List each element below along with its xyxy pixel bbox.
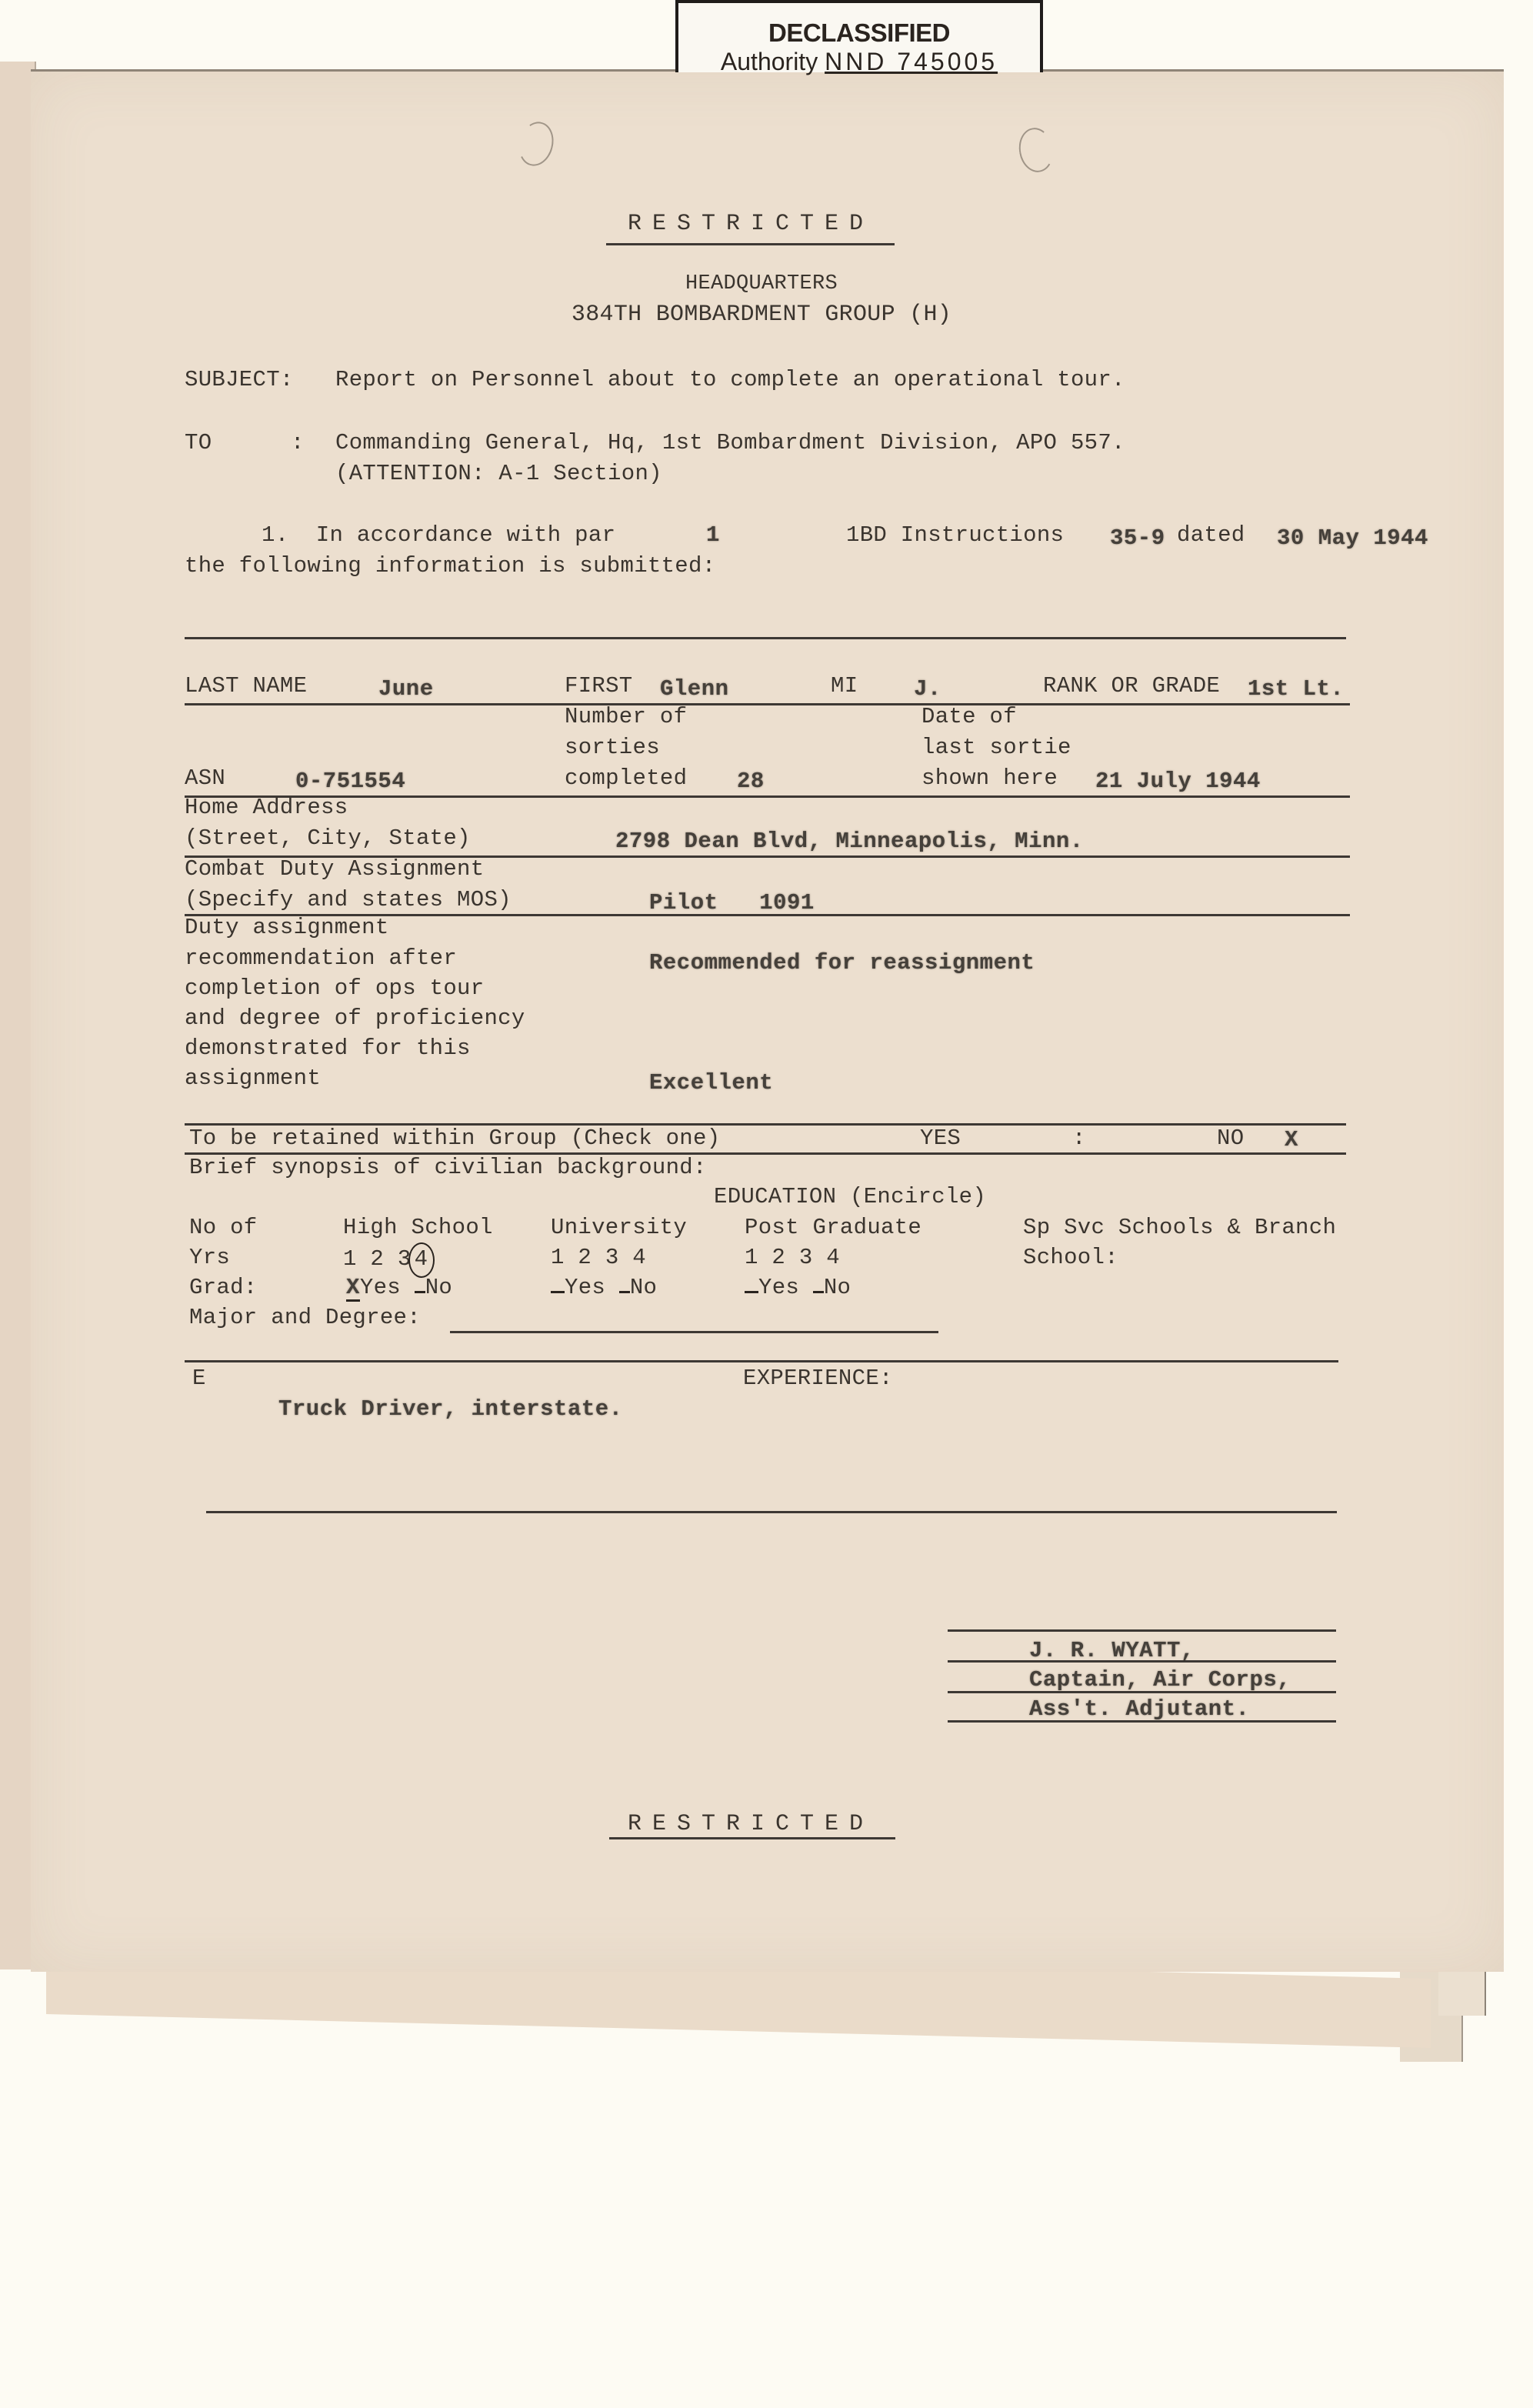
para1-line2: the following information is submitted:	[185, 551, 715, 581]
grad-yes-label: Yes	[565, 1275, 605, 1300]
form-rule	[185, 795, 1350, 798]
sp-svc-label-1: Sp Svc Schools & Branch	[1023, 1212, 1336, 1242]
sorties-label-2: sorties	[565, 732, 660, 762]
retained-label: To be retained within Group (Check one)	[189, 1123, 720, 1153]
synopsis-label: Brief synopsis of civilian background:	[189, 1152, 707, 1182]
university-grad: Yes No	[551, 1272, 657, 1302]
rank-label: RANK OR GRADE	[1043, 671, 1220, 701]
year-option: 1	[745, 1245, 758, 1270]
year-option: 2	[771, 1245, 785, 1270]
classification-bottom: RESTRICTED	[597, 1809, 905, 1839]
subject-text: Report on Personnel about to complete an…	[335, 365, 1125, 395]
stamp-authority: Authority NND 745005	[678, 48, 1040, 76]
form-rule	[206, 1511, 1337, 1513]
para1-instruction-number: 35-9	[1110, 523, 1165, 553]
grad-no-blank	[619, 1291, 630, 1293]
home-address-value: 2798 Dean Blvd, Minneapolis, Minn.	[615, 826, 1084, 856]
grad-no-blank	[813, 1291, 824, 1293]
education-label: EDUCATION (Encircle)	[714, 1182, 986, 1212]
duty-label-line: Duty assignment	[185, 912, 389, 942]
university-title: University	[551, 1212, 687, 1242]
grad-no-label: No	[630, 1275, 657, 1300]
retained-no-label: NO	[1217, 1123, 1244, 1153]
combat-duty-label-1: Combat Duty Assignment	[185, 854, 484, 884]
sp-svc-label-2: School:	[1023, 1242, 1118, 1272]
stamp-authority-label: Authority	[721, 48, 818, 75]
year-option: 3	[799, 1245, 813, 1270]
year-option: 1	[551, 1245, 565, 1270]
first-name-label: FIRST	[565, 671, 633, 701]
grad-yes-mark: X	[346, 1276, 360, 1302]
e-marker: E	[192, 1363, 206, 1393]
first-name-value: Glenn	[660, 674, 729, 704]
sorties-value: 28	[737, 766, 765, 796]
edu-row-label-2: Yrs	[189, 1242, 230, 1272]
last-sortie-value: 21 July 1944	[1095, 766, 1261, 796]
asn-label: ASN	[185, 763, 225, 793]
experience-value: Truck Driver, interstate.	[278, 1394, 623, 1424]
high-school-grad: XYes No	[346, 1272, 452, 1302]
duty-label-line: and degree of proficiency	[185, 1003, 525, 1033]
to-line2: (ATTENTION: A-1 Section)	[335, 459, 662, 489]
rank-value: 1st Lt.	[1248, 674, 1344, 704]
classification-top: RESTRICTED	[597, 209, 905, 239]
form-top-rule	[185, 637, 1346, 639]
para1-prefix: 1. In accordance with par	[262, 520, 615, 550]
mi-value: J.	[914, 674, 941, 704]
grad-no-blank	[415, 1291, 425, 1293]
post-graduate-title: Post Graduate	[745, 1212, 921, 1242]
signature-rule	[948, 1629, 1336, 1632]
last-sortie-label-3: shown here	[921, 763, 1058, 793]
stamp-authority-number: NND 745005	[825, 48, 998, 75]
retained-yes-label: YES	[920, 1123, 961, 1153]
subject-label: SUBJECT:	[185, 365, 294, 395]
signature-rule	[948, 1691, 1336, 1693]
home-address-label-2: (Street, City, State)	[185, 823, 471, 853]
form-rule	[185, 1360, 1338, 1362]
post-graduate-grad: Yes No	[745, 1272, 851, 1302]
last-name-label: LAST NAME	[185, 671, 307, 701]
duty-label-line: assignment	[185, 1063, 321, 1093]
proficiency-value: Excellent	[649, 1068, 773, 1098]
year-option: 1	[343, 1246, 357, 1272]
org-line2: 384TH BOMBARDMENT GROUP (H)	[492, 300, 1031, 330]
grad-no-label: No	[824, 1275, 851, 1300]
duty-label-line: recommendation after	[185, 943, 457, 973]
classification-underline	[609, 1837, 895, 1839]
university-years: 1 2 3 4	[551, 1242, 646, 1272]
year-option: 2	[370, 1246, 384, 1272]
duty-label-line: completion of ops tour	[185, 973, 484, 1003]
home-address-label-1: Home Address	[185, 792, 348, 822]
para1-instructions: 1BD Instructions	[846, 520, 1064, 550]
to-line1: Commanding General, Hq, 1st Bombardment …	[335, 428, 1125, 458]
para1-dated-label: dated	[1177, 520, 1245, 550]
combat-duty-label-2: (Specify and states MOS)	[185, 885, 512, 915]
retained-no-mark: X	[1285, 1125, 1298, 1155]
year-option: 4	[632, 1245, 646, 1270]
grad-yes-label: Yes	[360, 1275, 401, 1300]
stamp-title: DECLASSIFIED	[678, 18, 1040, 48]
major-degree-line	[450, 1331, 938, 1333]
para1-date: 30 May 1944	[1277, 523, 1428, 553]
declassified-stamp: DECLASSIFIED Authority NND 745005	[675, 0, 1043, 72]
experience-label: EXPERIENCE:	[743, 1363, 893, 1393]
grad-yes-blank	[745, 1291, 758, 1293]
year-option: 3	[605, 1245, 619, 1270]
signature-rule	[948, 1660, 1336, 1663]
to-label: TO	[185, 428, 212, 458]
last-name-value: June	[378, 674, 434, 704]
year-option: 2	[578, 1245, 592, 1270]
org-line1: HEADQUARTERS	[538, 269, 985, 299]
duty-recommendation-value: Recommended for reassignment	[649, 948, 1035, 978]
grad-yes-label: Yes	[758, 1275, 799, 1300]
last-sortie-label-2: last sortie	[921, 732, 1071, 762]
classification-underline	[606, 243, 895, 245]
grad-no-label: No	[425, 1275, 452, 1300]
sorties-label-3: completed	[565, 763, 687, 793]
retained-separator: :	[1072, 1123, 1086, 1153]
post-graduate-years: 1 2 3 4	[745, 1242, 840, 1272]
major-degree-label: Major and Degree:	[189, 1302, 421, 1332]
signature-rule	[948, 1720, 1336, 1723]
last-sortie-label-1: Date of	[921, 702, 1017, 732]
high-school-title: High School	[343, 1212, 493, 1242]
duty-label-line: demonstrated for this	[185, 1033, 471, 1063]
form-rule	[185, 703, 1350, 705]
grad-label: Grad:	[189, 1272, 258, 1302]
grad-yes-blank	[551, 1291, 565, 1293]
edu-row-label-1: No of	[189, 1212, 258, 1242]
to-colon: :	[291, 428, 305, 458]
year-option: 4	[826, 1245, 840, 1270]
mi-label: MI	[831, 671, 858, 701]
para1-par-value: 1	[706, 520, 720, 550]
sorties-label-1: Number of	[565, 702, 687, 732]
